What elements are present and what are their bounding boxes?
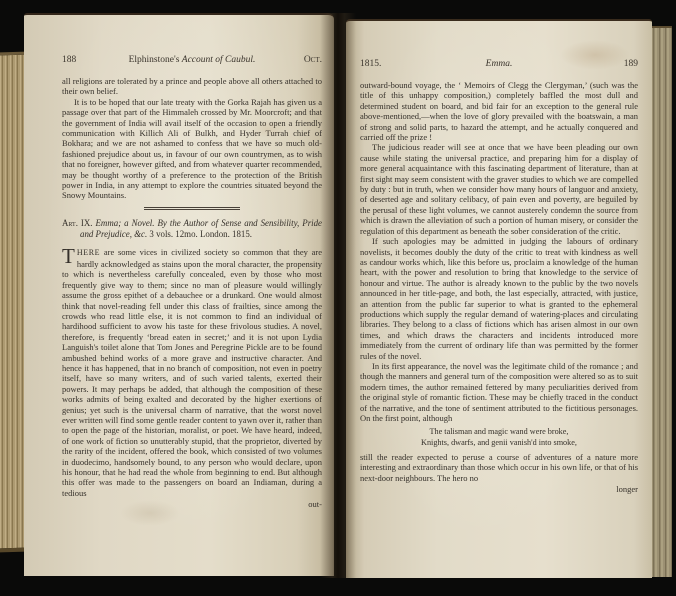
verse-line-2: Knights, dwarfs, and genii vanish'd into…: [360, 438, 638, 448]
paragraph-continuation: all religions are tolerated by a prince …: [62, 76, 322, 97]
article-imprint: 3 vols. 12mo. London. 1815.: [149, 229, 252, 239]
issue-year: 1815.: [360, 59, 404, 69]
right-page-edges: [651, 26, 672, 577]
right-running-header: 1815. Emma. 189: [360, 59, 638, 69]
verse-quotation: The talisman and magic wand were broke, …: [360, 427, 638, 447]
right-page-number: 189: [594, 59, 638, 69]
left-catchword: out-: [62, 499, 322, 510]
left-page-number: 188: [62, 55, 106, 65]
verse-line-1: The talisman and magic wand were broke,: [360, 427, 638, 437]
opening-paragraph: THERE are some vices in civilized societ…: [62, 247, 322, 498]
paragraph-apologies: If such apologies may be admitted in jud…: [360, 236, 638, 361]
drop-cap-letter: T: [62, 247, 77, 266]
article-title: Emma; a Novel.: [96, 218, 158, 228]
paragraph-first-appearance: In its first appearance, the novel was t…: [360, 361, 638, 423]
article-heading: Art. IX. Emma; a Novel. By the Author of…: [62, 218, 322, 240]
issue-month: Oct.: [278, 55, 322, 65]
right-catchword: longer: [360, 484, 638, 495]
right-running-title: Emma.: [404, 59, 594, 69]
paragraph-clegg: outward-bound voyage, the ‘ Memoirs of C…: [360, 80, 638, 142]
drop-cap-run-in: HERE: [77, 248, 100, 257]
paragraph-treaty: It is to be hoped that our late treaty w…: [62, 97, 322, 201]
left-page-edges: [0, 52, 26, 553]
article-label: Art. IX.: [62, 218, 96, 228]
paragraph-judicious-reader: The judicious reader will see at once th…: [360, 142, 638, 236]
left-running-title: Elphinstone's Account of Caubul.: [106, 55, 278, 65]
paragraph-still-reader: still the reader expected to peruse a co…: [360, 452, 638, 483]
left-running-header: 188 Elphinstone's Account of Caubul. Oct…: [62, 55, 322, 65]
section-divider-rule: [144, 207, 240, 211]
right-page: 1815. Emma. 189 outward-bound voyage, th…: [346, 19, 652, 578]
left-page: 188 Elphinstone's Account of Caubul. Oct…: [24, 13, 334, 576]
open-book-scan: 188 Elphinstone's Account of Caubul. Oct…: [0, 0, 676, 596]
